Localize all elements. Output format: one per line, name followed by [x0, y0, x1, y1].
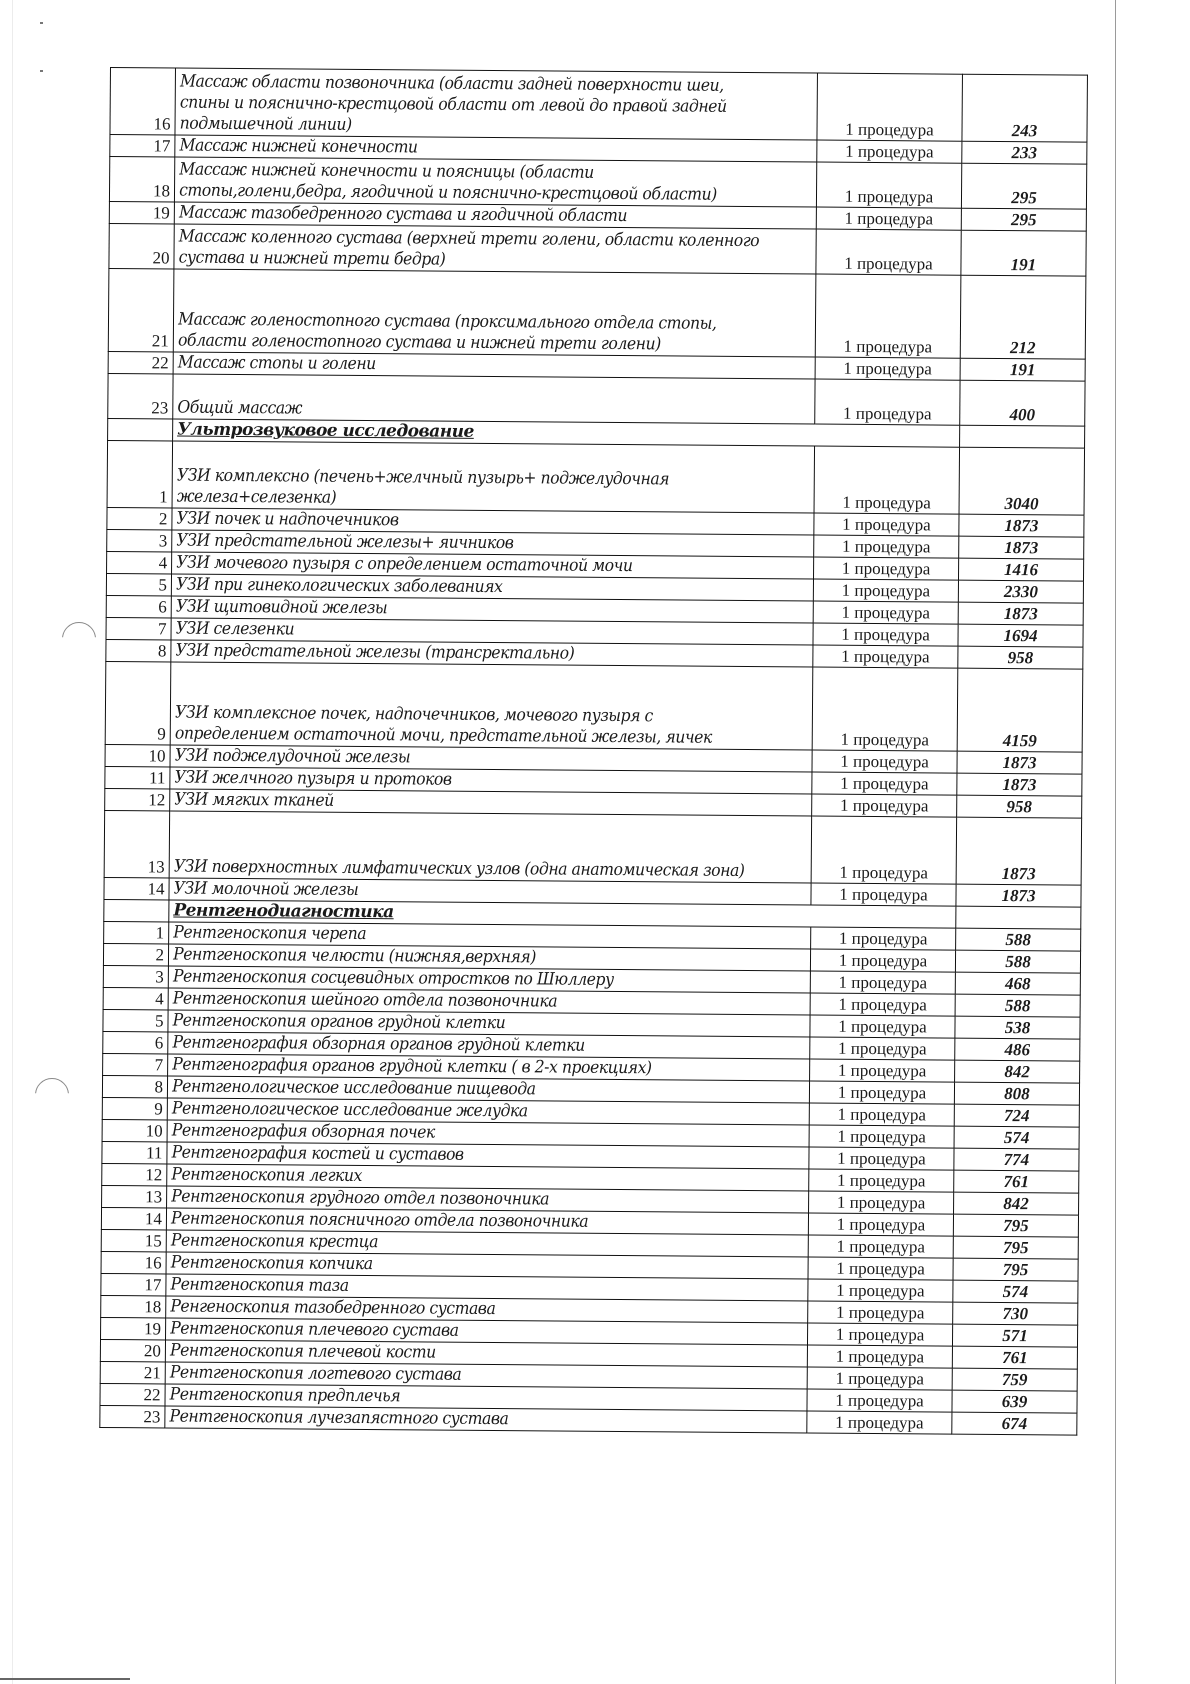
service-unit: 1 процедура: [814, 557, 959, 580]
service-name: УЗИ поверхностных лимфатических узлов (о…: [169, 811, 760, 883]
row-number: 4: [103, 987, 168, 1010]
price-list-table: 16Массаж области позвоночника (области з…: [99, 67, 1088, 1436]
service-price: 588: [955, 950, 1080, 973]
service-name: Общий массаж: [173, 374, 764, 424]
section-number-cell: [104, 899, 169, 922]
service-price: 759: [952, 1368, 1077, 1391]
row-number: 2: [107, 507, 172, 530]
service-unit: 1 процедура: [814, 446, 960, 514]
service-unit: 1 процедура: [812, 750, 957, 773]
row-number: 11: [102, 1141, 167, 1164]
row-number: 9: [102, 1097, 167, 1120]
service-price: 730: [953, 1302, 1078, 1325]
row-number: 9: [105, 661, 171, 745]
service-unit: 1 процедура: [807, 1323, 952, 1346]
service-price: 1873: [959, 514, 1084, 537]
row-number: 1: [107, 440, 173, 508]
table-row: 13УЗИ поверхностных лимфатических узлов …: [104, 810, 1081, 885]
service-price: 1416: [958, 558, 1083, 581]
service-price: 233: [962, 141, 1087, 164]
service-unit: 1 процедура: [816, 207, 961, 230]
service-unit: 1 процедура: [813, 579, 958, 602]
service-unit: 1 процедура: [816, 162, 961, 208]
row-number: 15: [101, 1229, 166, 1252]
service-price: 1873: [956, 817, 1082, 885]
service-unit: 1 процедура: [807, 1345, 952, 1368]
row-number: 23: [108, 373, 173, 419]
table-row: 1УЗИ комплексно (печень+желчный пузырь+ …: [107, 440, 1084, 515]
service-price: 295: [961, 208, 1086, 231]
service-price: 1873: [956, 884, 1081, 907]
row-number: 8: [102, 1075, 167, 1098]
service-unit: 1 процедура: [809, 1169, 954, 1192]
service-price: 574: [953, 1280, 1078, 1303]
service-price: 795: [953, 1258, 1078, 1281]
table-row: 20Массаж коленного сустава (верхней трет…: [109, 223, 1086, 276]
service-unit: 1 процедура: [816, 229, 961, 275]
row-number: 6: [103, 1031, 168, 1054]
service-price: 295: [961, 163, 1086, 209]
service-price: 1873: [958, 602, 1083, 625]
service-unit: 1 процедура: [812, 794, 957, 817]
service-unit: 1 процедура: [811, 816, 957, 884]
row-number: 12: [102, 1163, 167, 1186]
row-number: 16: [101, 1251, 166, 1274]
table-row: 9УЗИ комплексное почек, надпочечников, м…: [105, 661, 1083, 752]
service-price: 842: [955, 1060, 1080, 1083]
section-price-cell: [960, 425, 1085, 448]
row-number: 7: [103, 1053, 168, 1076]
row-number: 19: [101, 1317, 166, 1340]
service-unit: 1 процедура: [817, 73, 963, 141]
row-number: 1: [104, 921, 169, 944]
row-number: 10: [105, 744, 170, 767]
service-price: 3040: [959, 447, 1085, 515]
row-number: 14: [101, 1207, 166, 1230]
row-number: 21: [100, 1361, 165, 1384]
service-unit: 1 процедура: [808, 1257, 953, 1280]
service-unit: 1 процедура: [807, 1411, 952, 1434]
service-price: 588: [956, 928, 1081, 951]
service-price: 1873: [957, 751, 1082, 774]
service-price: 212: [960, 275, 1086, 359]
row-number: 7: [106, 617, 171, 640]
service-price: 468: [955, 972, 1080, 995]
service-price: 808: [954, 1082, 1079, 1105]
service-price: 574: [954, 1126, 1079, 1149]
service-price: 571: [952, 1324, 1077, 1347]
table-row: 18Массаж нижней конечности и поясницы (о…: [109, 157, 1086, 210]
service-unit: 1 процедура: [809, 1191, 954, 1214]
service-unit: 1 процедура: [810, 993, 955, 1016]
page-edge-line: [1115, 0, 1116, 1684]
service-unit: 1 процедура: [817, 140, 962, 163]
service-price: 2330: [958, 580, 1083, 603]
service-unit: 1 процедура: [815, 357, 960, 380]
service-price: 958: [958, 646, 1083, 669]
service-price: 538: [955, 1016, 1080, 1039]
service-unit: 1 процедура: [810, 971, 955, 994]
row-number: 10: [102, 1119, 167, 1142]
row-number: 13: [104, 810, 170, 878]
service-unit: 1 процедура: [811, 883, 956, 906]
row-number: 14: [104, 877, 169, 900]
service-unit: 1 процедура: [808, 1235, 953, 1258]
service-price: 674: [952, 1412, 1077, 1435]
service-price: 1873: [957, 773, 1082, 796]
service-price: 795: [953, 1214, 1078, 1237]
service-unit: 1 процедура: [810, 1015, 955, 1038]
service-unit: 1 процедура: [813, 623, 958, 646]
row-number: 12: [105, 788, 170, 811]
service-unit: 1 процедура: [809, 1147, 954, 1170]
row-number: 18: [109, 157, 174, 203]
row-number: 8: [106, 639, 171, 662]
service-price: 761: [952, 1346, 1077, 1369]
service-price: 400: [960, 380, 1085, 426]
service-price: 761: [954, 1170, 1079, 1193]
service-name: Массаж коленного сустава (верхней трети …: [174, 224, 765, 274]
service-price: 486: [955, 1038, 1080, 1061]
service-price: 1873: [959, 536, 1084, 559]
punch-hole-mark: [35, 1078, 69, 1112]
service-name: УЗИ комплексно (печень+желчный пузырь+ п…: [172, 441, 763, 513]
section-price-cell: [956, 906, 1081, 929]
punch-hole-mark: [62, 622, 96, 656]
service-unit: 1 процедура: [808, 1213, 953, 1236]
row-number: 13: [102, 1185, 167, 1208]
row-number: 5: [103, 1009, 168, 1032]
service-price: 191: [960, 358, 1085, 381]
service-name: УЗИ молочной железы: [169, 878, 760, 905]
row-number: 17: [110, 135, 175, 158]
service-unit: 1 процедура: [810, 1037, 955, 1060]
service-unit: 1 процедура: [814, 513, 959, 536]
service-price: 795: [953, 1236, 1078, 1259]
scan-fold-line: [12, 0, 13, 1684]
row-number: 21: [108, 268, 174, 352]
row-number: 20: [109, 223, 174, 269]
service-name: Массаж нижней конечности и поясницы (обл…: [174, 157, 765, 207]
service-price: 774: [954, 1148, 1079, 1171]
table-row: 16Массаж области позвоночника (области з…: [110, 68, 1087, 143]
service-unit: 1 процедура: [809, 1103, 954, 1126]
service-price: 1694: [958, 624, 1083, 647]
row-number: 2: [103, 943, 168, 966]
row-number: 16: [110, 68, 176, 136]
service-price: 639: [952, 1390, 1077, 1413]
service-unit: 1 процедура: [808, 1301, 953, 1324]
row-number: 17: [101, 1273, 166, 1296]
price-list-body: 16Массаж области позвоночника (области з…: [100, 68, 1088, 1436]
row-number: 20: [100, 1339, 165, 1362]
service-unit: 1 процедура: [807, 1367, 952, 1390]
service-unit: 1 процедура: [807, 1389, 952, 1412]
row-number: 19: [109, 201, 174, 224]
service-price: 243: [962, 74, 1088, 142]
service-name: УЗИ комплексное почек, надпочечников, мо…: [170, 662, 761, 750]
service-name: Рентгеноскопия лучезапястного сустава: [165, 1406, 756, 1433]
row-number: 22: [100, 1383, 165, 1406]
service-unit: 1 процедура: [809, 1125, 954, 1148]
service-unit: 1 процедура: [815, 379, 960, 425]
service-unit: 1 процедура: [811, 927, 956, 950]
scan-edge-mark: [0, 1678, 130, 1680]
row-number: 3: [103, 965, 168, 988]
row-number: 3: [107, 529, 172, 552]
scan-speck: [40, 70, 43, 72]
service-unit: 1 процедура: [810, 1059, 955, 1082]
row-number: 5: [106, 573, 171, 596]
service-unit: 1 процедура: [814, 535, 959, 558]
service-price: 958: [957, 795, 1082, 818]
row-number: 11: [105, 766, 170, 789]
service-name: Массаж голеностопного сустава (проксимал…: [173, 269, 764, 357]
row-number: 23: [100, 1405, 165, 1428]
service-unit: 1 процедура: [813, 601, 958, 624]
service-unit: 1 процедура: [812, 772, 957, 795]
service-unit: 1 процедура: [809, 1081, 954, 1104]
service-unit: 1 процедура: [808, 1279, 953, 1302]
table-row: 23Общий массаж1 процедура400: [108, 373, 1085, 426]
table-row: 21Массаж голеностопного сустава (проксим…: [108, 268, 1086, 359]
service-unit: 1 процедура: [812, 667, 958, 751]
service-price: 191: [961, 230, 1086, 276]
service-name: Массаж области позвоночника (области зад…: [175, 68, 766, 140]
service-price: 4159: [957, 668, 1083, 752]
row-number: 4: [107, 551, 172, 574]
service-unit: 1 процедура: [813, 645, 958, 668]
scan-speck: [40, 22, 43, 24]
row-number: 6: [106, 595, 171, 618]
service-price: 588: [955, 994, 1080, 1017]
service-price: 724: [954, 1104, 1079, 1127]
service-price: 842: [954, 1192, 1079, 1215]
row-number: 22: [108, 351, 173, 374]
row-number: 18: [101, 1295, 166, 1318]
section-number-cell: [108, 418, 173, 441]
service-unit: 1 процедура: [815, 274, 961, 358]
service-unit: 1 процедура: [810, 949, 955, 972]
